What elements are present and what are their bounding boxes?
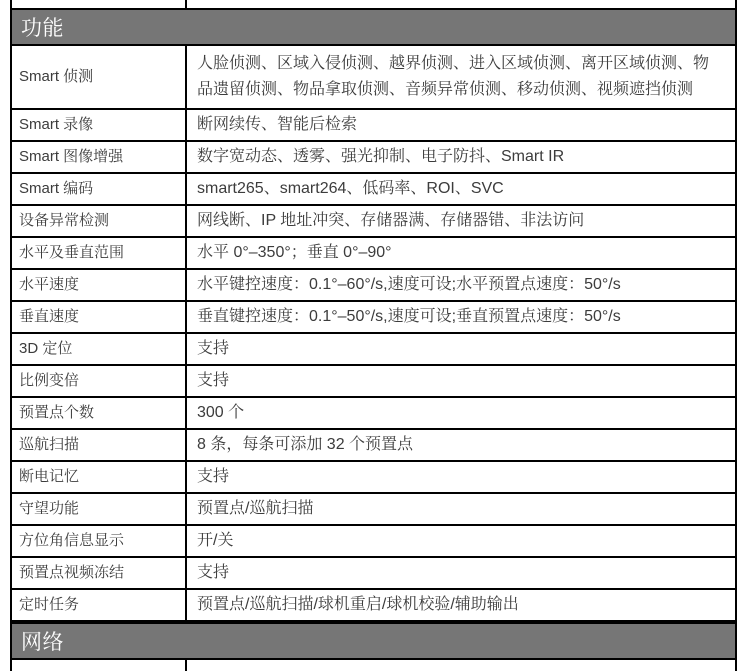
spec-label: Smart 编码 <box>12 174 187 204</box>
table-row: 定时任务 预置点/巡航扫描/球机重启/球机校验/辅助输出 <box>12 590 735 622</box>
spec-value: 支持 <box>187 462 735 492</box>
spec-value: 断网续传、智能后检索 <box>187 110 735 140</box>
table-row: 方位角信息显示 开/关 <box>12 526 735 558</box>
spec-label: 垂直速度 <box>12 302 187 332</box>
table-row: 水平速度 水平键控速度：0.1°–60°/s,速度可设;水平预置点速度：50°/… <box>12 270 735 302</box>
partial-label-cell <box>12 660 187 671</box>
spec-label: 守望功能 <box>12 494 187 524</box>
spec-label: 预置点个数 <box>12 398 187 428</box>
table-row-partial-top <box>12 0 735 8</box>
partial-label-cell <box>12 0 187 8</box>
table-row: 垂直速度 垂直键控速度：0.1°–50°/s,速度可设;垂直预置点速度：50°/… <box>12 302 735 334</box>
table-row: 设备异常检测 网线断、IP 地址冲突、存储器满、存储器错、非法访问 <box>12 206 735 238</box>
section-header-features: 功能 <box>12 8 735 46</box>
spec-value: 预置点/巡航扫描 <box>187 494 735 524</box>
spec-value-text: 人脸侦测、区域入侵侦测、越界侦测、进入区域侦测、离开区域侦测、物品遗留侦测、物品… <box>197 51 723 102</box>
table-row: 预置点个数 300 个 <box>12 398 735 430</box>
spec-label: 定时任务 <box>12 590 187 620</box>
table-row: 3D 定位 支持 <box>12 334 735 366</box>
table-row: 比例变倍 支持 <box>12 366 735 398</box>
table-row: Smart 图像增强 数字宽动态、透雾、强光抑制、电子防抖、Smart IR <box>12 142 735 174</box>
partial-value-cell <box>187 0 735 8</box>
table-row: 预置点视频冻结 支持 <box>12 558 735 590</box>
spec-label: 比例变倍 <box>12 366 187 396</box>
table-row: 巡航扫描 8 条，每条可添加 32 个预置点 <box>12 430 735 462</box>
table-row-partial-bottom <box>12 660 735 671</box>
spec-label: 巡航扫描 <box>12 430 187 460</box>
spec-value: 数字宽动态、透雾、强光抑制、电子防抖、Smart IR <box>187 142 735 172</box>
section-title: 网络 <box>21 626 64 656</box>
spec-value: 支持 <box>187 558 735 588</box>
spec-label: Smart 录像 <box>12 110 187 140</box>
spec-label: 水平及垂直范围 <box>12 238 187 268</box>
spec-table: 功能 Smart 侦测 人脸侦测、区域入侵侦测、越界侦测、进入区域侦测、离开区域… <box>10 0 737 671</box>
table-row: 断电记忆 支持 <box>12 462 735 494</box>
table-row: 水平及垂直范围 水平 0°–350°；垂直 0°–90° <box>12 238 735 270</box>
spec-value: 垂直键控速度：0.1°–50°/s,速度可设;垂直预置点速度：50°/s <box>187 302 735 332</box>
section-header-network: 网络 <box>12 622 735 660</box>
table-row: 守望功能 预置点/巡航扫描 <box>12 494 735 526</box>
spec-label: 方位角信息显示 <box>12 526 187 556</box>
spec-value: smart265、smart264、低码率、ROI、SVC <box>187 174 735 204</box>
spec-value: 人脸侦测、区域入侵侦测、越界侦测、进入区域侦测、离开区域侦测、物品遗留侦测、物品… <box>187 46 735 108</box>
spec-value: 预置点/巡航扫描/球机重启/球机校验/辅助输出 <box>187 590 735 620</box>
spec-value: 支持 <box>187 334 735 364</box>
section-title: 功能 <box>21 12 64 42</box>
spec-value: 水平键控速度：0.1°–60°/s,速度可设;水平预置点速度：50°/s <box>187 270 735 300</box>
spec-value: 300 个 <box>187 398 735 428</box>
spec-value: 8 条，每条可添加 32 个预置点 <box>187 430 735 460</box>
spec-label: Smart 侦测 <box>12 46 187 108</box>
spec-value: 水平 0°–350°；垂直 0°–90° <box>187 238 735 268</box>
table-row: Smart 侦测 人脸侦测、区域入侵侦测、越界侦测、进入区域侦测、离开区域侦测、… <box>12 46 735 110</box>
spec-value: 网线断、IP 地址冲突、存储器满、存储器错、非法访问 <box>187 206 735 236</box>
spec-label: Smart 图像增强 <box>12 142 187 172</box>
spec-value: 支持 <box>187 366 735 396</box>
spec-label: 预置点视频冻结 <box>12 558 187 588</box>
spec-label: 断电记忆 <box>12 462 187 492</box>
table-row: Smart 编码 smart265、smart264、低码率、ROI、SVC <box>12 174 735 206</box>
partial-value-cell <box>187 660 735 671</box>
spec-label: 设备异常检测 <box>12 206 187 236</box>
spec-value: 开/关 <box>187 526 735 556</box>
table-row: Smart 录像 断网续传、智能后检索 <box>12 110 735 142</box>
spec-label: 水平速度 <box>12 270 187 300</box>
spec-label: 3D 定位 <box>12 334 187 364</box>
